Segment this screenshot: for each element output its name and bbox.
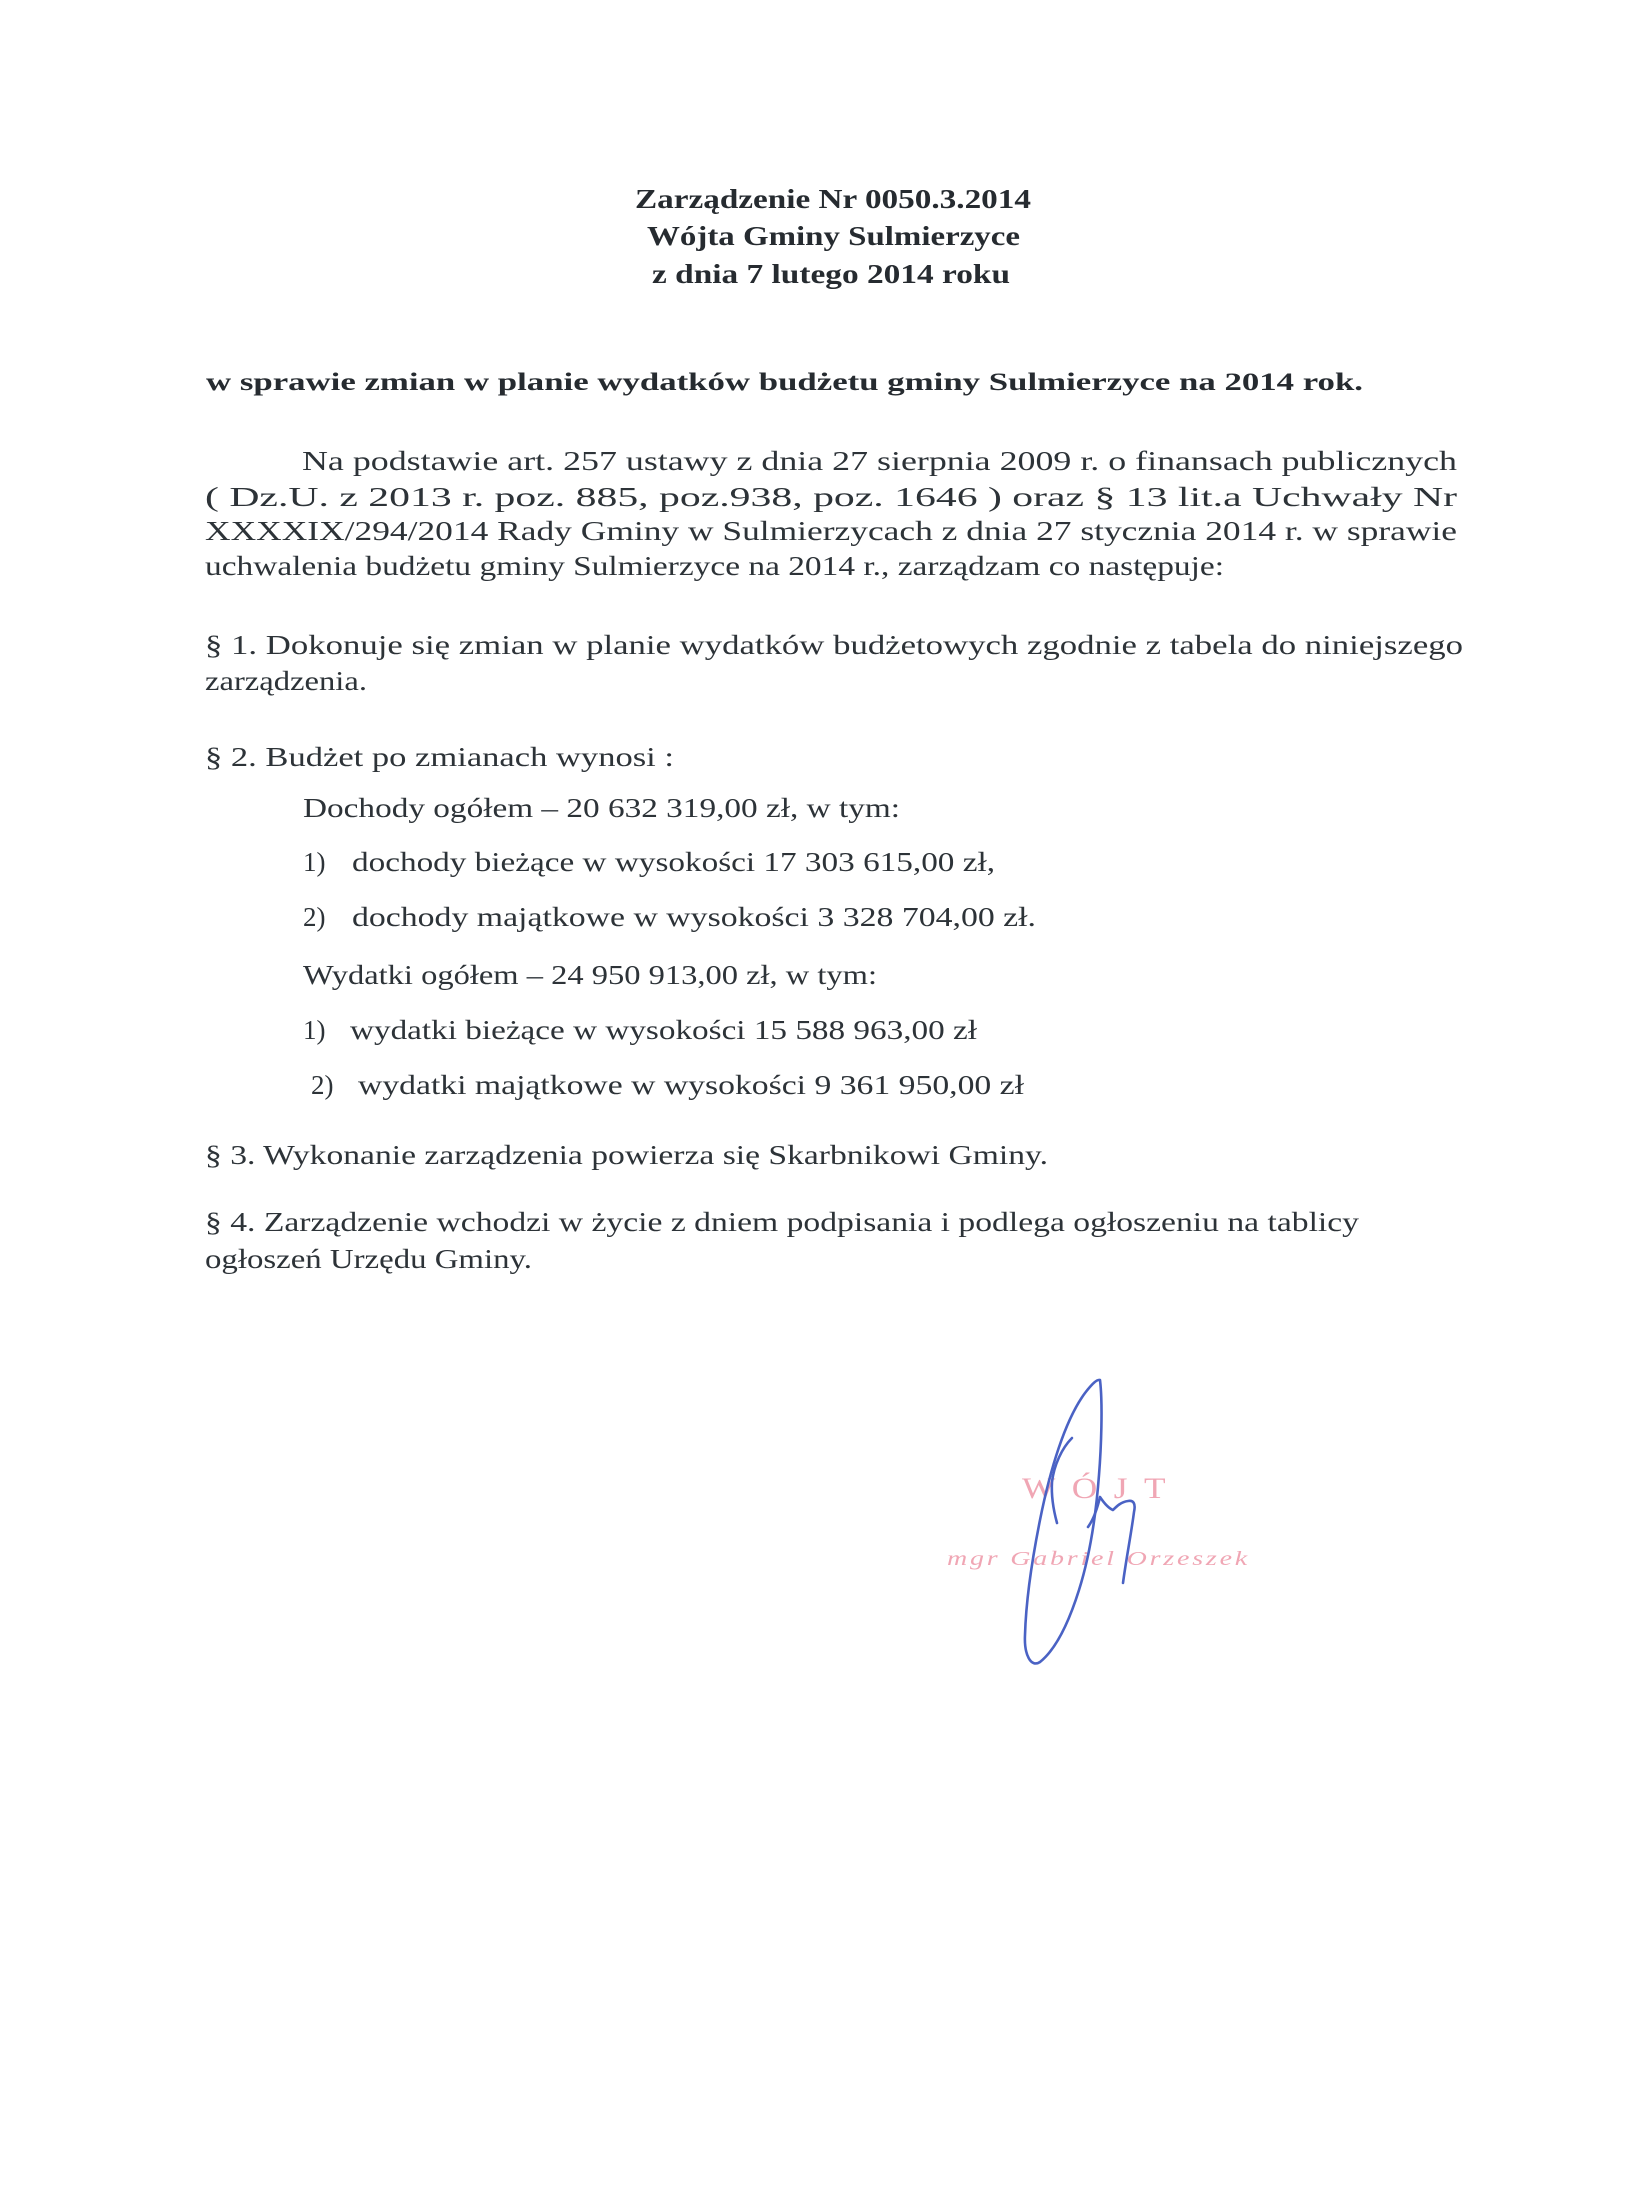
paragraph-2-heading: § 2. Budżet po zmianach wynosi :	[205, 744, 674, 771]
expense-item-number: 2)	[311, 1072, 334, 1099]
document-subject: w sprawie zmian w planie wydatków budżet…	[206, 370, 1363, 395]
paragraph-4-line: § 4. Zarządzenie wchodzi w życie z dniem…	[205, 1209, 1359, 1236]
document-page: Zarządzenie Nr 0050.3.2014 Wójta Gminy S…	[0, 0, 1647, 2187]
preamble-line: ( Dz.U. z 2013 r. poz. 885, poz.938, poz…	[205, 484, 1457, 511]
income-total: Dochody ogółem – 20 632 319,00 zł, w tym…	[303, 795, 900, 822]
income-item-number: 2)	[303, 904, 326, 931]
preamble-line: Na podstawie art. 257 ustawy z dnia 27 s…	[302, 448, 1457, 475]
expense-item-number: 1)	[303, 1017, 326, 1044]
expense-item-text: wydatki bieżące w wysokości 15 588 963,0…	[350, 1017, 977, 1044]
document-title: Zarządzenie Nr 0050.3.2014	[635, 186, 1031, 213]
expense-total: Wydatki ogółem – 24 950 913,00 zł, w tym…	[303, 962, 877, 989]
paragraph-1-line: § 1. Dokonuje się zmian w planie wydatkó…	[205, 632, 1463, 659]
income-item-text: dochody majątkowe w wysokości 3 328 704,…	[352, 904, 1036, 931]
income-item-number: 1)	[303, 849, 326, 876]
expense-item-text: wydatki majątkowe w wysokości 9 361 950,…	[358, 1072, 1024, 1099]
signature-m-stroke	[1088, 1497, 1135, 1583]
document-date: z dnia 7 lutego 2014 roku	[652, 261, 1010, 288]
preamble-line: uchwalenia budżetu gminy Sulmierzyce na …	[205, 553, 1224, 580]
income-item-text: dochody bieżące w wysokości 17 303 615,0…	[352, 849, 995, 876]
paragraph-4-line: ogłoszeń Urzędu Gminy.	[205, 1246, 532, 1273]
stamp-name: mgr Gabriel Orzeszek	[947, 1549, 1250, 1569]
document-issuer: Wójta Gminy Sulmierzyce	[647, 223, 1020, 250]
preamble-line: XXXXIX/294/2014 Rady Gminy w Sulmierzyca…	[205, 518, 1457, 545]
stamp-title: WÓJT	[1022, 1474, 1182, 1504]
paragraph-3-line: § 3. Wykonanie zarządzenia powierza się …	[205, 1142, 1048, 1169]
paragraph-1-line: zarządzenia.	[205, 668, 367, 695]
signature-loop-stroke	[1025, 1380, 1102, 1664]
